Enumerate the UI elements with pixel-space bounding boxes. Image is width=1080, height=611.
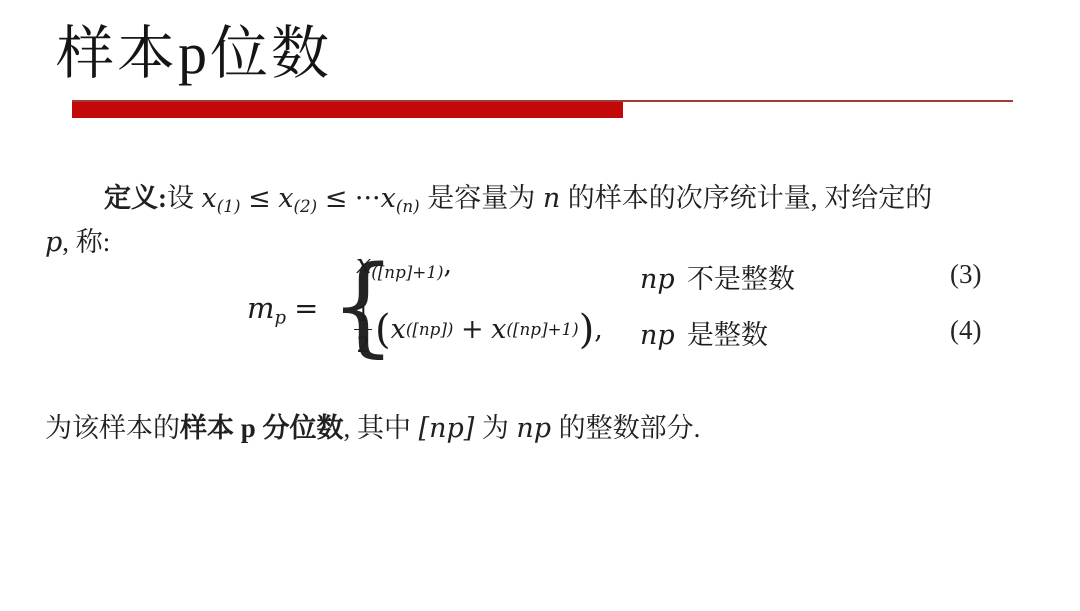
definition-intro: 设 xyxy=(167,183,194,213)
definition-line-2: p, 称: xyxy=(45,220,110,259)
math-np: np xyxy=(516,413,551,444)
math-floor-np: [np] xyxy=(419,413,475,444)
math-order-statistics: x(1)≤x(2)≤···x(n) xyxy=(202,183,420,214)
definition-mid: 是容量为 xyxy=(427,183,535,213)
case2-expression: 12(x([np])+x([np]+1)), xyxy=(354,293,603,365)
accent-rule-thick xyxy=(72,102,623,118)
math-p: p xyxy=(45,227,62,258)
slide: 样本p位数 定义:设x(1)≤x(2)≤···x(n)是容量为n的样本的次序统计… xyxy=(0,0,1080,611)
definition-line2-tail: , 称: xyxy=(62,227,110,257)
definition-label: 定义: xyxy=(104,183,167,213)
footer-term-bold: 样本 p 分位数 xyxy=(180,413,344,443)
definition-tail: 的样本的次序统计量, 对给定的 xyxy=(568,183,933,213)
definition-line-1: 定义:设x(1)≤x(2)≤···x(n)是容量为n的样本的次序统计量, 对给定… xyxy=(104,176,932,216)
formula-lhs: mp= xyxy=(247,291,318,328)
case1-expression: x([np]+1), xyxy=(356,249,452,282)
footer-tail: 的整数部分. xyxy=(559,413,701,443)
footer-pre: 为该样本的 xyxy=(45,413,180,443)
case1-condition: np不是整数 xyxy=(640,257,795,296)
fraction-one-half: 12 xyxy=(354,302,372,357)
equation-number-4: (4) xyxy=(950,315,981,346)
equation-number-3: (3) xyxy=(950,259,981,290)
case2-condition: np是整数 xyxy=(640,313,768,352)
footer-wei: 为 xyxy=(482,413,509,443)
footer-mid: , 其中 xyxy=(344,413,412,443)
footer-sentence: 为该样本的样本 p 分位数, 其中[np]为np的整数部分. xyxy=(45,406,700,445)
page-title: 样本p位数 xyxy=(56,6,332,90)
math-n: n xyxy=(543,183,560,214)
